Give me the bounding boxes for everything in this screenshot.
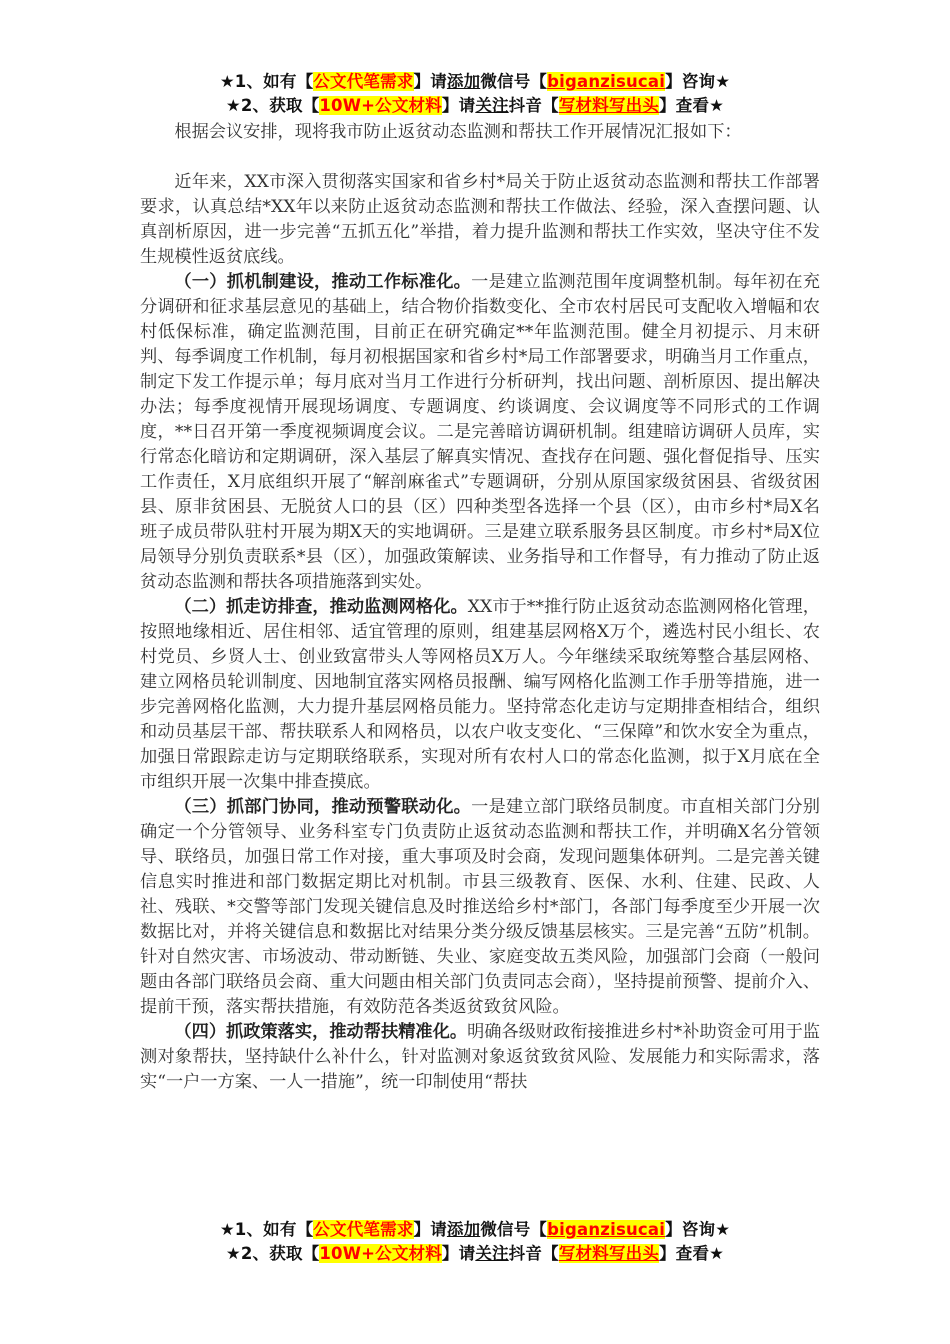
section-paragraph-1: （一）抓机制建设，推动工作标准化。一是建立监测范围年度调整机制。每年初在充分调研… (140, 270, 820, 595)
promo-text: ★1、如有【 (220, 72, 313, 91)
promo-line-1: ★1、如有【公文代笔需求】请添加微信号【biganzisucai】咨询★ (0, 70, 950, 94)
promo-text: 】咨询★ (665, 72, 730, 91)
promo-highlight: 公文代笔需求 (313, 1220, 413, 1239)
opening-paragraph: 根据会议安排，现将我市防止返贫动态监测和帮扶工作开展情况汇报如下： (140, 120, 820, 145)
promo-text: 】咨询★ (665, 1220, 730, 1239)
promo-line-2: ★2、获取【10W+公文材料】请关注抖音【写材料写出头】查看★ (0, 94, 950, 118)
section-paragraph-2: （二）抓走访排查，推动监测网格化。XX市于**推行防止返贫动态监测网格化管理，按… (140, 595, 820, 795)
promo-highlight: 10W+公文材料 (319, 96, 442, 115)
promo-text: 抖音【 (509, 1244, 559, 1263)
promo-text: 】请 (442, 96, 475, 115)
promo-text: 】请 (414, 72, 447, 91)
wechat-id-link[interactable]: biganzisucai (547, 72, 665, 91)
blank-line (140, 145, 820, 170)
promo-line-2: ★2、获取【10W+公文材料】请关注抖音【写材料写出头】查看★ (0, 1242, 950, 1266)
promo-underline: 添加 (447, 1220, 480, 1239)
promo-header: ★1、如有【公文代笔需求】请添加微信号【biganzisucai】咨询★ ★2、… (0, 70, 950, 118)
promo-text: 微信号【 (480, 72, 547, 91)
promo-text: 微信号【 (480, 1220, 547, 1239)
promo-line-1: ★1、如有【公文代笔需求】请添加微信号【biganzisucai】咨询★ (0, 1218, 950, 1242)
promo-footer: ★1、如有【公文代笔需求】请添加微信号【biganzisucai】咨询★ ★2、… (0, 1218, 950, 1266)
section-heading: （一）抓机制建设，推动工作标准化。 (174, 272, 471, 292)
promo-text: 】请 (442, 1244, 475, 1263)
section-text: 一是建立部门联络员制度。市直相关部门分别确定一个分管领导、业务科室专门负责防止返… (140, 797, 820, 1017)
promo-underline: 添加 (447, 72, 480, 91)
promo-highlight: 公文代笔需求 (313, 72, 413, 91)
promo-underline: 关注 (475, 96, 508, 115)
section-paragraph-4: （四）抓政策落实，推动帮扶精准化。明确各级财政衔接推进乡村*补助资金可用于监测对… (140, 1020, 820, 1095)
promo-text: 】查看★ (659, 96, 724, 115)
intro-paragraph: 近年来，XX市深入贯彻落实国家和省乡村*局关于防止返贫动态监测和帮扶工作部署要求… (140, 170, 820, 270)
promo-text: ★1、如有【 (220, 1220, 313, 1239)
section-text: XX市于**推行防止返贫动态监测网格化管理，按照地缘相近、居住相邻、适宜管理的原… (140, 597, 820, 792)
section-paragraph-3: （三）抓部门协同，推动预警联动化。一是建立部门联络员制度。市直相关部门分别确定一… (140, 795, 820, 1020)
section-heading: （三）抓部门协同，推动预警联动化。 (174, 797, 471, 817)
document-page: ★1、如有【公文代笔需求】请添加微信号【biganzisucai】咨询★ ★2、… (0, 0, 950, 1344)
promo-text: 抖音【 (509, 96, 559, 115)
document-body: 根据会议安排，现将我市防止返贫动态监测和帮扶工作开展情况汇报如下： 近年来，XX… (140, 120, 820, 1095)
promo-highlight: 10W+公文材料 (319, 1244, 442, 1263)
section-text: 一是建立监测范围年度调整机制。每年初在充分调研和征求基层意见的基础上，结合物价指… (140, 272, 820, 592)
section-heading: （二）抓走访排查，推动监测网格化。 (174, 597, 467, 617)
douyin-account-link[interactable]: 写材料写出头 (559, 96, 659, 115)
douyin-account-link[interactable]: 写材料写出头 (559, 1244, 659, 1263)
promo-text: ★2、获取【 (226, 96, 319, 115)
promo-text: ★2、获取【 (226, 1244, 319, 1263)
promo-text: 】请 (414, 1220, 447, 1239)
promo-text: 】查看★ (659, 1244, 724, 1263)
section-heading: （四）抓政策落实，推动帮扶精准化。 (174, 1022, 467, 1042)
wechat-id-link[interactable]: biganzisucai (547, 1220, 665, 1239)
promo-underline: 关注 (475, 1244, 508, 1263)
